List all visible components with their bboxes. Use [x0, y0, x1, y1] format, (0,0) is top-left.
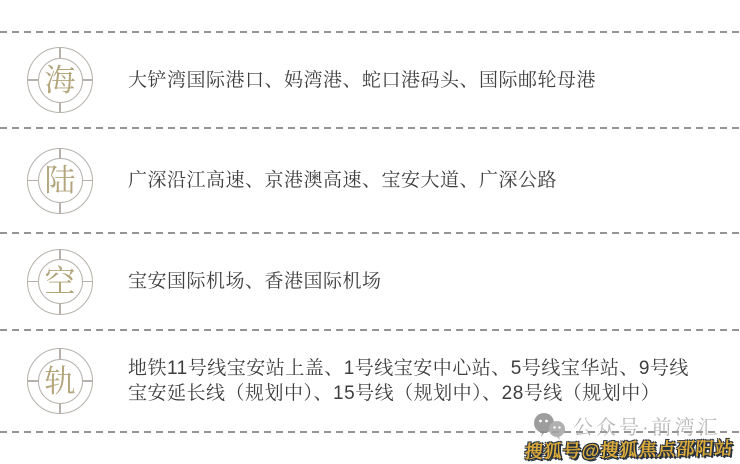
rail-route-text: 地铁11号线宝安站上盖、1号线宝安中心站、5号线宝华站、9号线 宝安延长线（规划…	[128, 356, 713, 406]
land-route-line: 广深沿江高速、京港澳高速、宝安大道、广深公路	[128, 168, 713, 193]
row-sea: 海 大铲湾国际港口、妈湾港、蛇口港码头、国际邮轮母港	[0, 32, 740, 128]
row-air: 空 宝安国际机场、香港国际机场	[0, 233, 740, 330]
rail-badge-character: 轨	[27, 348, 93, 414]
wechat-icon	[532, 412, 568, 440]
sohu-watermark-text: 搜狐号@搜狐焦点邵阳站	[524, 434, 735, 464]
air-route-text: 宝安国际机场、香港国际机场	[128, 269, 713, 294]
land-badge-icon: 陆	[27, 148, 93, 214]
air-badge-icon: 空	[27, 249, 93, 315]
rail-route-line-2: 宝安延长线（规划中）、15号线（规划中）、28号线（规划中）	[128, 381, 713, 406]
sea-route-text: 大铲湾国际港口、妈湾港、蛇口港码头、国际邮轮母港	[128, 68, 713, 93]
rail-badge-icon: 轨	[27, 348, 93, 414]
land-route-text: 广深沿江高速、京港澳高速、宝安大道、广深公路	[128, 168, 713, 193]
row-land: 陆 广深沿江高速、京港澳高速、宝安大道、广深公路	[0, 128, 740, 233]
rail-route-line-1: 地铁11号线宝安站上盖、1号线宝安中心站、5号线宝华站、9号线	[128, 356, 713, 381]
land-badge-character: 陆	[27, 148, 93, 214]
sea-badge-character: 海	[27, 47, 93, 113]
sea-badge-icon: 海	[27, 47, 93, 113]
sea-route-line: 大铲湾国际港口、妈湾港、蛇口港码头、国际邮轮母港	[128, 68, 713, 93]
transport-infographic: 海 大铲湾国际港口、妈湾港、蛇口港码头、国际邮轮母港 陆 广深沿江高速、京港澳高…	[0, 0, 740, 464]
air-badge-character: 空	[27, 249, 93, 315]
air-route-line: 宝安国际机场、香港国际机场	[128, 269, 713, 294]
